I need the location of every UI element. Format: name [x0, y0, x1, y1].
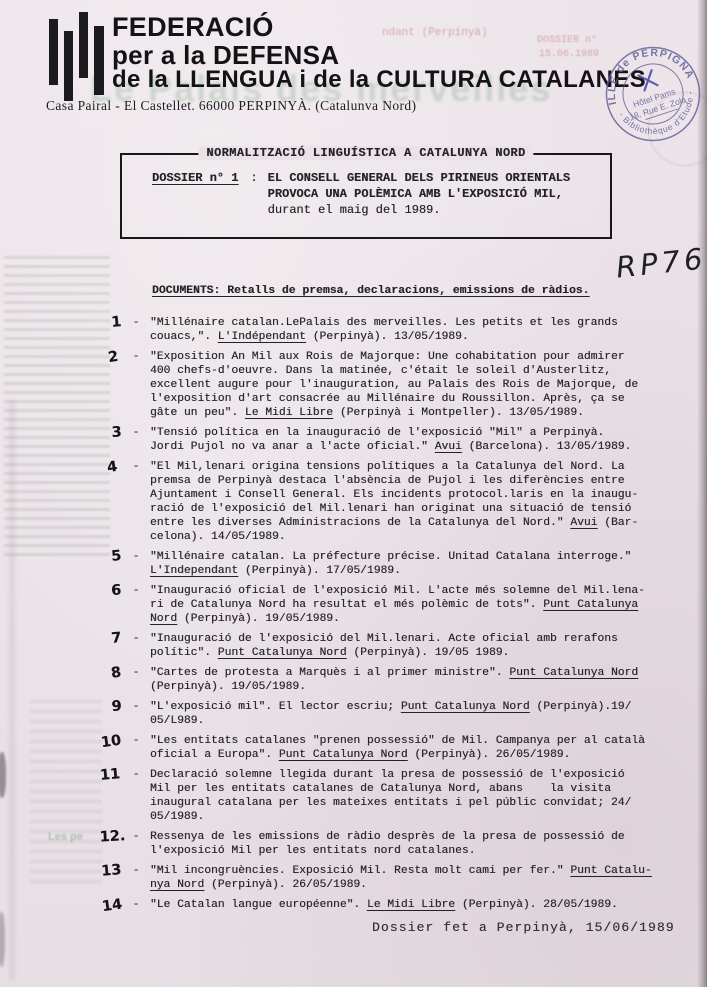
logo-bar-icon: [49, 19, 58, 85]
item-line: l'exposició Mil per les entitats nord ca…: [150, 844, 660, 858]
item-line: oficial a Europa". Punt Catalunya Nord (…: [150, 748, 660, 762]
item-dash: -: [122, 666, 150, 694]
item-line: couacs,". L'Indépendant (Perpinyà). 13/0…: [150, 330, 660, 344]
dossier-box-legend: NORMALITZACIÓ LINGUÍSTICA A CATALUNYA NO…: [198, 146, 533, 160]
item-line: gâte un peu". Le Midi Libre (Perpinyà i …: [150, 406, 660, 420]
document-item: 5-"Millénaire catalan. La préfecture pré…: [100, 550, 660, 578]
item-line: "Inauguració oficial de l'exposició Mil.…: [150, 584, 660, 598]
item-line: "L'exposició mil". El lector escriu; Pun…: [150, 700, 660, 714]
item-line: Jordi Pujol no va anar a l'acte oficial.…: [150, 440, 660, 454]
item-number: 7: [99, 631, 123, 661]
item-number: 13: [99, 863, 123, 893]
ghost-article-column: [30, 700, 102, 890]
logo-bar-icon: [64, 31, 73, 101]
dossier-title-line: PROVOCA UNA POLÈMICA AMB L'EXPOSICIÓ MIL…: [268, 186, 570, 202]
item-dash: -: [122, 426, 150, 454]
page-edge-mark: [0, 752, 6, 798]
document-item: 11-Declaració solemne llegida durant la …: [100, 768, 660, 824]
document-item: 8-"Cartes de protesta a Marquès i al pri…: [100, 666, 660, 694]
item-dash: -: [122, 550, 150, 578]
pen-x-mark: [638, 70, 658, 91]
item-line: (Perpinyà). 19/05/1989.: [150, 680, 660, 694]
item-dash: -: [122, 584, 150, 626]
item-line: ració de l'exposició del Mil.lenari han …: [150, 502, 660, 516]
item-line: inaugural catalana per les mateixes enti…: [150, 796, 660, 810]
item-number: 8: [98, 666, 124, 697]
source-name: Punt Catalunya Nord: [401, 701, 530, 713]
rp-handwritten-annotation: RP76: [614, 241, 707, 284]
item-line: nya Nord (Perpinyà). 26/05/1989.: [150, 878, 660, 892]
item-line: Nord (Perpinyà). 19/05/1989.: [150, 612, 660, 626]
document-item: 2-"Exposition An Mil aux Rois de Majorqu…: [100, 350, 660, 420]
item-number: 3: [99, 425, 122, 454]
item-dash: -: [122, 700, 150, 728]
source-name: Le Midi Libre: [245, 407, 333, 419]
item-dash: -: [122, 830, 150, 858]
document-item: 13-"Mil incongruències. Exposició Mil. R…: [100, 864, 660, 892]
document-item: 4-"El Mil,lenari origina tensions políti…: [100, 460, 660, 544]
item-dash: -: [122, 898, 150, 912]
item-line: "Mil incongruències. Exposició Mil. Rest…: [150, 864, 660, 878]
item-line: Declaració solemne llegida durant la pre…: [150, 768, 660, 782]
source-name: Le Midi Libre: [367, 899, 455, 911]
library-stamp: VILLE de PERPIGNAN - Bibliothèque d'Etud…: [581, 22, 707, 166]
source-name: Avui: [570, 517, 597, 529]
item-dash: -: [122, 734, 150, 762]
item-line: "Les entitats catalanes "prenen possessi…: [150, 734, 660, 748]
ghost-typed-text: DOSSIER n°: [537, 35, 597, 46]
source-name: Avui: [435, 441, 462, 453]
document-item: 6-"Inauguració oficial de l'exposició Mi…: [100, 584, 660, 626]
dossier-title-box: NORMALITZACIÓ LINGUÍSTICA A CATALUNYA NO…: [120, 153, 612, 239]
item-line: excellent augure pour l'inauguration, au…: [150, 378, 660, 392]
source-name: nya Nord: [150, 879, 204, 891]
page-crease: [10, 400, 16, 980]
item-line: "Millénaire catalan.LePalais des merveil…: [150, 316, 660, 330]
ghost-headline-fragment: Les pe: [48, 831, 83, 843]
item-line: polític". Punt Catalunya Nord (Perpinyà)…: [150, 646, 660, 660]
logo-bar-icon: [79, 12, 88, 78]
item-line: premsa de Perpinyà destaca l'absència de…: [150, 474, 660, 488]
scanned-dossier-page: Le Palais des merveilles ndant (Perpinyà…: [0, 0, 707, 987]
item-number: 12.: [99, 829, 122, 858]
ghost-typed-text: ndant (Perpinyà): [382, 27, 488, 39]
item-line: "El Mil,lenari origina tensions polítiqu…: [150, 460, 660, 474]
item-dash: -: [122, 316, 150, 344]
dossier-colon: :: [250, 170, 257, 218]
item-line: ri de Catalunya Nord ha resultat el més …: [150, 598, 660, 612]
item-line: entre les diverses Administracions de la…: [150, 516, 660, 530]
item-line: 05/1989.: [150, 810, 660, 824]
document-item: 3-"Tensió política en la inauguració de …: [100, 426, 660, 454]
page-edge-mark: [0, 912, 5, 967]
item-line: 400 chefs-d'oeuvre. Dans la matinée, c'é…: [150, 364, 660, 378]
item-dash: -: [122, 768, 150, 824]
item-number: 11: [98, 767, 125, 825]
document-item: 14-"Le Catalan langue européenne". Le Mi…: [100, 898, 660, 912]
source-name: Punt Catalunya: [543, 599, 638, 611]
item-number: 5: [99, 549, 123, 579]
item-line: Mil per les entitats catalanes de Catalu…: [150, 782, 660, 796]
item-number: 14: [99, 898, 123, 915]
item-line: 05/L989.: [150, 714, 660, 728]
item-number: 1: [99, 315, 123, 345]
document-list: 1-"Millénaire catalan.LePalais des merve…: [100, 316, 660, 918]
item-line: "Millénaire catalan. La préfecture préci…: [150, 550, 660, 564]
item-line: l'exposition d'art consacrée au Millénai…: [150, 392, 660, 406]
org-name-line-3: de la LLENGUA i de la CULTURA CATALANES: [112, 66, 646, 94]
dossier-number-label: DOSSIER n° 1: [152, 170, 238, 218]
item-line: Ressenya de les emissions de ràdio despr…: [150, 830, 660, 844]
page-edge-shadow: [697, 0, 707, 987]
source-name: L'Indépendant: [218, 331, 306, 343]
documents-heading: DOCUMENTS: Retalls de premsa, declaracio…: [152, 285, 589, 297]
ghost-article-column: [4, 256, 110, 556]
item-number: 9: [99, 699, 122, 728]
org-name-line-1: FEDERACIÓ: [112, 12, 274, 43]
item-number: 10: [98, 734, 124, 765]
item-line: "Le Catalan langue européenne". Le Midi …: [150, 898, 660, 912]
item-number: 6: [99, 583, 123, 626]
dossier-title-line: EL CONSELL GENERAL DELS PIRINEUS ORIENTA…: [268, 170, 570, 186]
document-item: 9-"L'exposició mil". El lector escriu; P…: [100, 700, 660, 728]
document-item: 7-"Inauguració de l'exposició del Mil.le…: [100, 632, 660, 660]
page-footer: Dossier fet a Perpinyà, 15/06/1989: [372, 920, 675, 935]
source-name: Punt Catalu-: [570, 865, 651, 877]
item-dash: -: [122, 632, 150, 660]
source-name: Punt Catalunya Nord: [509, 667, 638, 679]
item-line: "Tensió política en la inauguració de l'…: [150, 426, 660, 440]
item-dash: -: [122, 864, 150, 892]
item-line: "Exposition An Mil aux Rois de Majorque:…: [150, 350, 660, 364]
logo-bar-icon: [94, 26, 104, 95]
item-line: celona). 14/05/1989.: [150, 530, 660, 544]
item-line: Ajuntament i Consell General. Els incide…: [150, 488, 660, 502]
source-name: Punt Catalunya Nord: [218, 647, 347, 659]
dossier-title-line: durant el maig del 1989.: [268, 202, 570, 218]
source-name: Nord: [150, 613, 177, 625]
document-item: 1-"Millénaire catalan.LePalais des merve…: [100, 316, 660, 344]
item-line: L'Independant (Perpinyà). 17/05/1989.: [150, 564, 660, 578]
org-address: Casa Pairal - El Castellet. 66000 PERPIN…: [46, 98, 416, 114]
source-name: L'Independant: [150, 565, 238, 577]
item-line: "Cartes de protesta a Marquès i al prime…: [150, 666, 660, 680]
item-line: "Inauguració de l'exposició del Mil.lena…: [150, 632, 660, 646]
document-item: 10-"Les entitats catalanes "prenen posse…: [100, 734, 660, 762]
document-item: 12.-Ressenya de les emissions de ràdio d…: [100, 830, 660, 858]
source-name: Punt Catalunya Nord: [279, 749, 408, 761]
item-dash: -: [122, 350, 150, 420]
